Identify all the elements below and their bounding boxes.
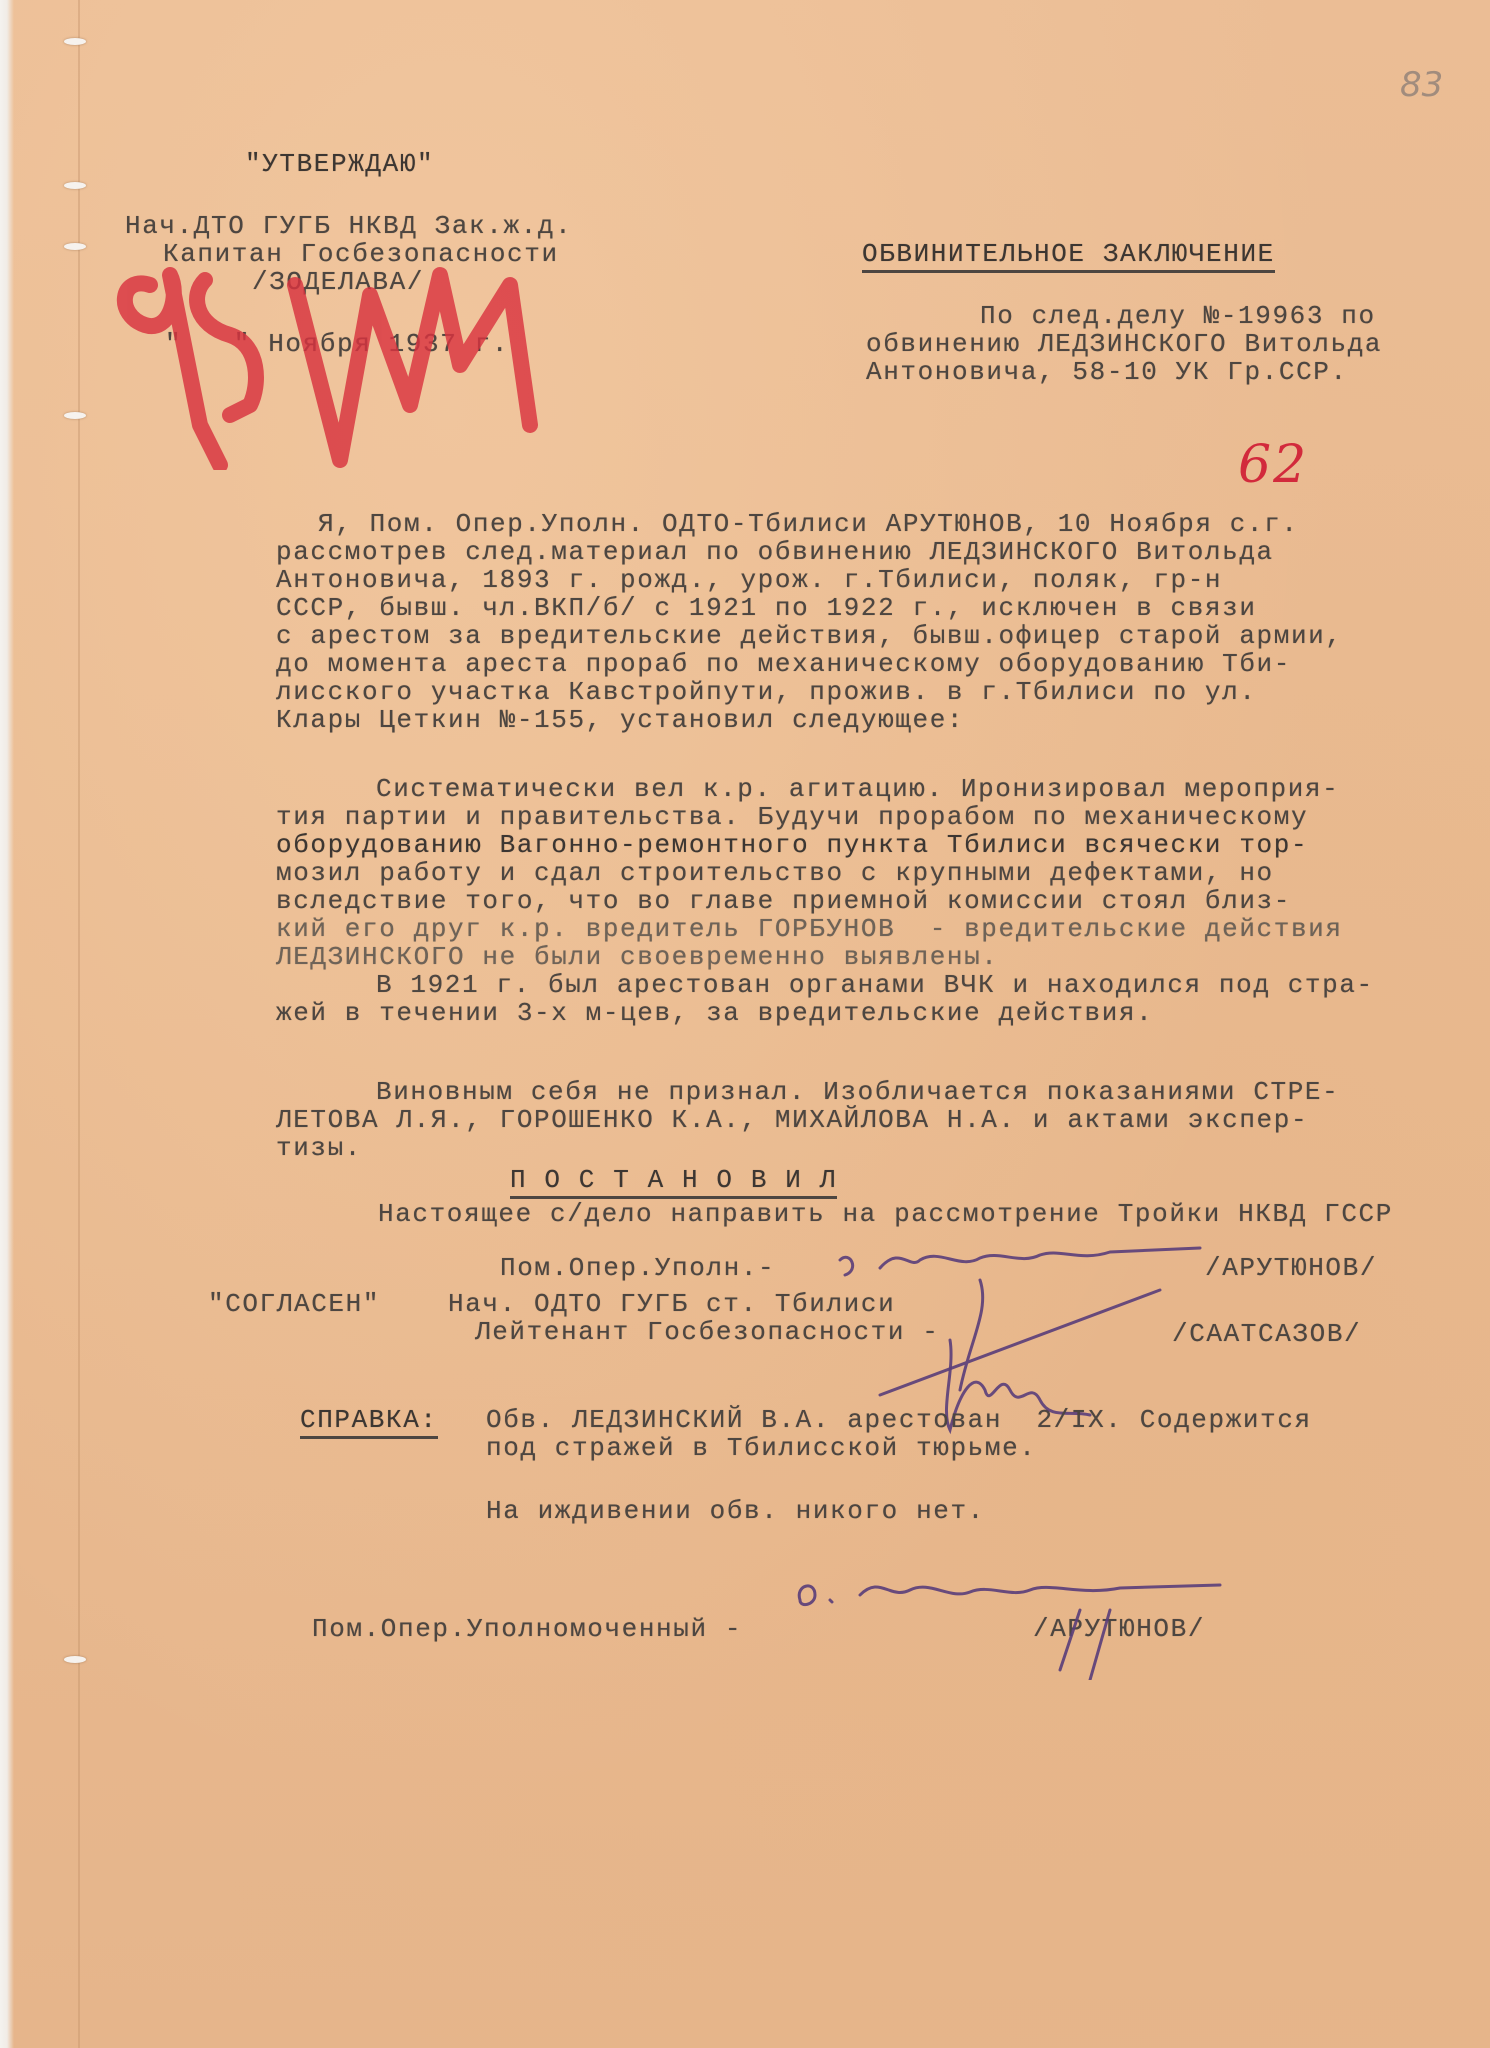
punch-hole <box>64 1656 86 1663</box>
findings-line: мозил работу и сдал строительство с круп… <box>276 859 1274 887</box>
torn-left-edge <box>0 0 14 2048</box>
binding-fold <box>78 0 80 2048</box>
punch-hole <box>64 412 86 419</box>
case-line-2: обвинению ЛЕДЗИНСКОГО Витольда <box>866 330 1382 358</box>
approval-line-1: Нач.ДТО ГУГБ НКВД Зак.ж.д. <box>125 212 572 240</box>
agreed-label: "СОГЛАСЕН" <box>208 1290 380 1318</box>
intro-line: Я, Пом. Опер.Уполн. ОДТО-Тбилиси АРУТЮНО… <box>318 510 1299 538</box>
evidence-line: тизы. <box>276 1134 362 1162</box>
sheet-number: 62 <box>1238 435 1308 495</box>
intro-line: лисского участка Кавстройпути, прожив. в… <box>276 678 1257 706</box>
findings-line: оборудованию Вагонно-ремонтного пункта Т… <box>276 831 1308 859</box>
document-page: 83 "УТВЕРЖДАЮ" Нач.ДТО ГУГБ НКВД Зак.ж.д… <box>0 0 1490 2048</box>
document-title: ОБВИНИТЕЛЬНОЕ ЗАКЛЮЧЕНИЕ <box>862 240 1275 273</box>
findings-line: вследствие того, что во главе приемной к… <box>276 887 1291 915</box>
intro-line: с арестом за вредительские действия, быв… <box>276 622 1343 650</box>
findings-line: тия партии и правительства. Будучи прора… <box>276 803 1308 831</box>
dependents-note: На иждивении обв. никого нет. <box>486 1497 985 1525</box>
officer-role: Пом.Опер.Уполн.- <box>500 1254 775 1282</box>
intro-line: Клары Цеткин №-155, установил следующее: <box>276 706 964 734</box>
punch-hole <box>64 38 86 45</box>
resolution-heading: П О С Т А Н О В И Л <box>510 1166 837 1199</box>
evidence-line: ЛЕТОВА Л.Я., ГОРОШЕНКО К.А., МИХАЙЛОВА Н… <box>276 1106 1308 1134</box>
note-label: СПРАВКА: <box>300 1406 438 1439</box>
findings-line: кий его друг к.р. вредитель ГОРБУНОВ - в… <box>276 915 1343 943</box>
red-crayon-resolution-icon <box>110 255 550 470</box>
case-line-3: Антоновича, 58-10 УК Гр.ССР. <box>866 358 1348 386</box>
note-line-1: Обв. ЛЕДЗИНСКИЙ В.А. арестован 2/IX. Сод… <box>486 1406 1312 1434</box>
findings-line: Систематически вел к.р. агитацию. Ирониз… <box>376 775 1339 803</box>
approval-heading: "УТВЕРЖДАЮ" <box>245 150 434 178</box>
findings-line: В 1921 г. был арестован органами ВЧК и н… <box>376 971 1374 999</box>
intro-line: СССР, бывш. чл.ВКП/б/ с 1921 по 1922 г.,… <box>276 594 1257 622</box>
final-signature-icon <box>780 1570 1250 1680</box>
punch-hole <box>64 243 86 250</box>
archive-page-number: 83 <box>1400 65 1443 105</box>
intro-line: Антоновича, 1893 г. рожд., урож. г.Тбили… <box>276 566 1222 594</box>
findings-line: ЛЕДЗИНСКОГО не были своевременно выявлен… <box>276 943 999 971</box>
evidence-line: Виновным себя не признал. Изобличается п… <box>376 1078 1339 1106</box>
punch-hole <box>64 182 86 189</box>
resolution-text: Настоящее с/дело направить на рассмотрен… <box>378 1200 1393 1228</box>
note-line-2: под стражей в Тбилисской тюрьме. <box>486 1434 1036 1462</box>
intro-line: до момента ареста прораб по механическом… <box>276 650 1291 678</box>
findings-line: жей в течении 3-х м-цев, за вредительски… <box>276 999 1153 1027</box>
intro-line: рассмотрев след.материал по обвинению ЛЕ… <box>276 538 1274 566</box>
case-line-1: По след.делу №-19963 по <box>980 302 1376 330</box>
final-signature-role: Пом.Опер.Уполномоченный - <box>312 1615 742 1643</box>
